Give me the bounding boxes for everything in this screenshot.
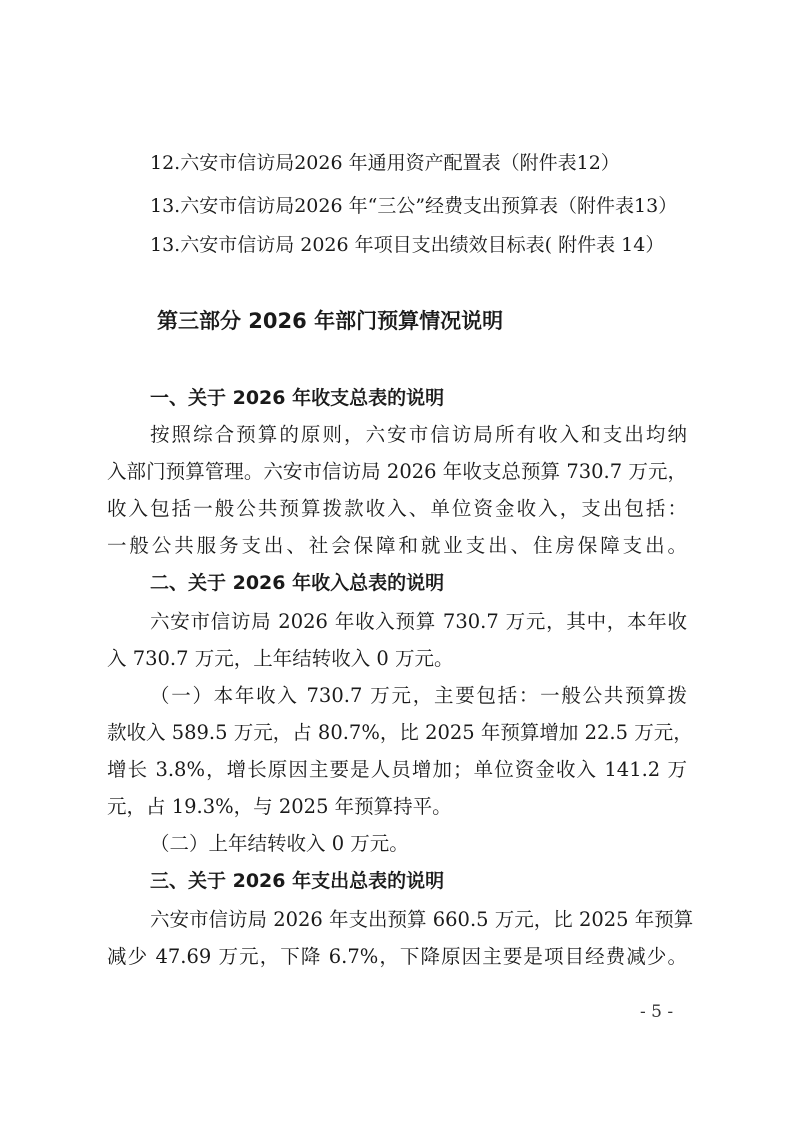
paragraph-line: （一）本年收入 730.7 万元，主要包括：一般公共预算拨 bbox=[150, 683, 687, 709]
paragraph-line: 六安市信访局 2026 年收入预算 730.7 万元，其中，本年收 bbox=[150, 609, 687, 635]
paragraph-line: 收入包括一般公共预算拨款收入、单位资金收入，支出包括： bbox=[107, 496, 687, 522]
paragraph-line: 六安市信访局 2026 年支出预算 660.5 万元，比 2025 年预算 bbox=[150, 907, 687, 933]
paragraph-line: 按照综合预算的原则，六安市信访局所有收入和支出均纳 bbox=[150, 422, 687, 448]
section-heading: 二、关于 2026 年收入总表的说明 bbox=[150, 570, 444, 596]
part-title: 第三部分 2026 年部门预算情况说明 bbox=[157, 308, 503, 334]
attachment-item: 13.六安市信访局2026 年“三公”经费支出预算表（附件表13） bbox=[150, 193, 677, 219]
section-heading: 三、关于 2026 年支出总表的说明 bbox=[150, 868, 444, 894]
paragraph-line: 入部门预算管理。六安市信访局 2026 年收支总预算 730.7 万元， bbox=[107, 459, 687, 485]
paragraph-line: 元，占 19.3%，与 2025 年预算持平。 bbox=[107, 794, 452, 820]
attachment-item: 13.六安市信访局 2026 年项目支出绩效目标表( 附件表 14） bbox=[150, 232, 664, 258]
paragraph-line: 款收入 589.5 万元，占 80.7%，比 2025 年预算增加 22.5 万… bbox=[107, 720, 687, 746]
attachment-item: 12.六安市信访局2026 年通用资产配置表（附件表12） bbox=[150, 150, 620, 176]
page-number: - 5 - bbox=[640, 1002, 673, 1022]
paragraph-line: （二）上年结转收入 0 万元。 bbox=[150, 831, 409, 857]
paragraph-line: 一般公共服务支出、社会保障和就业支出、住房保障支出。 bbox=[107, 533, 687, 559]
paragraph-line: 入 730.7 万元，上年结转收入 0 万元。 bbox=[107, 646, 454, 672]
paragraph-line: 增长 3.8%，增长原因主要是人员增加；单位资金收入 141.2 万 bbox=[107, 757, 687, 783]
paragraph-line: 减少 47.69 万元，下降 6.7%，下降原因主要是项目经费减少。 bbox=[107, 944, 687, 970]
section-heading: 一、关于 2026 年收支总表的说明 bbox=[150, 385, 444, 411]
